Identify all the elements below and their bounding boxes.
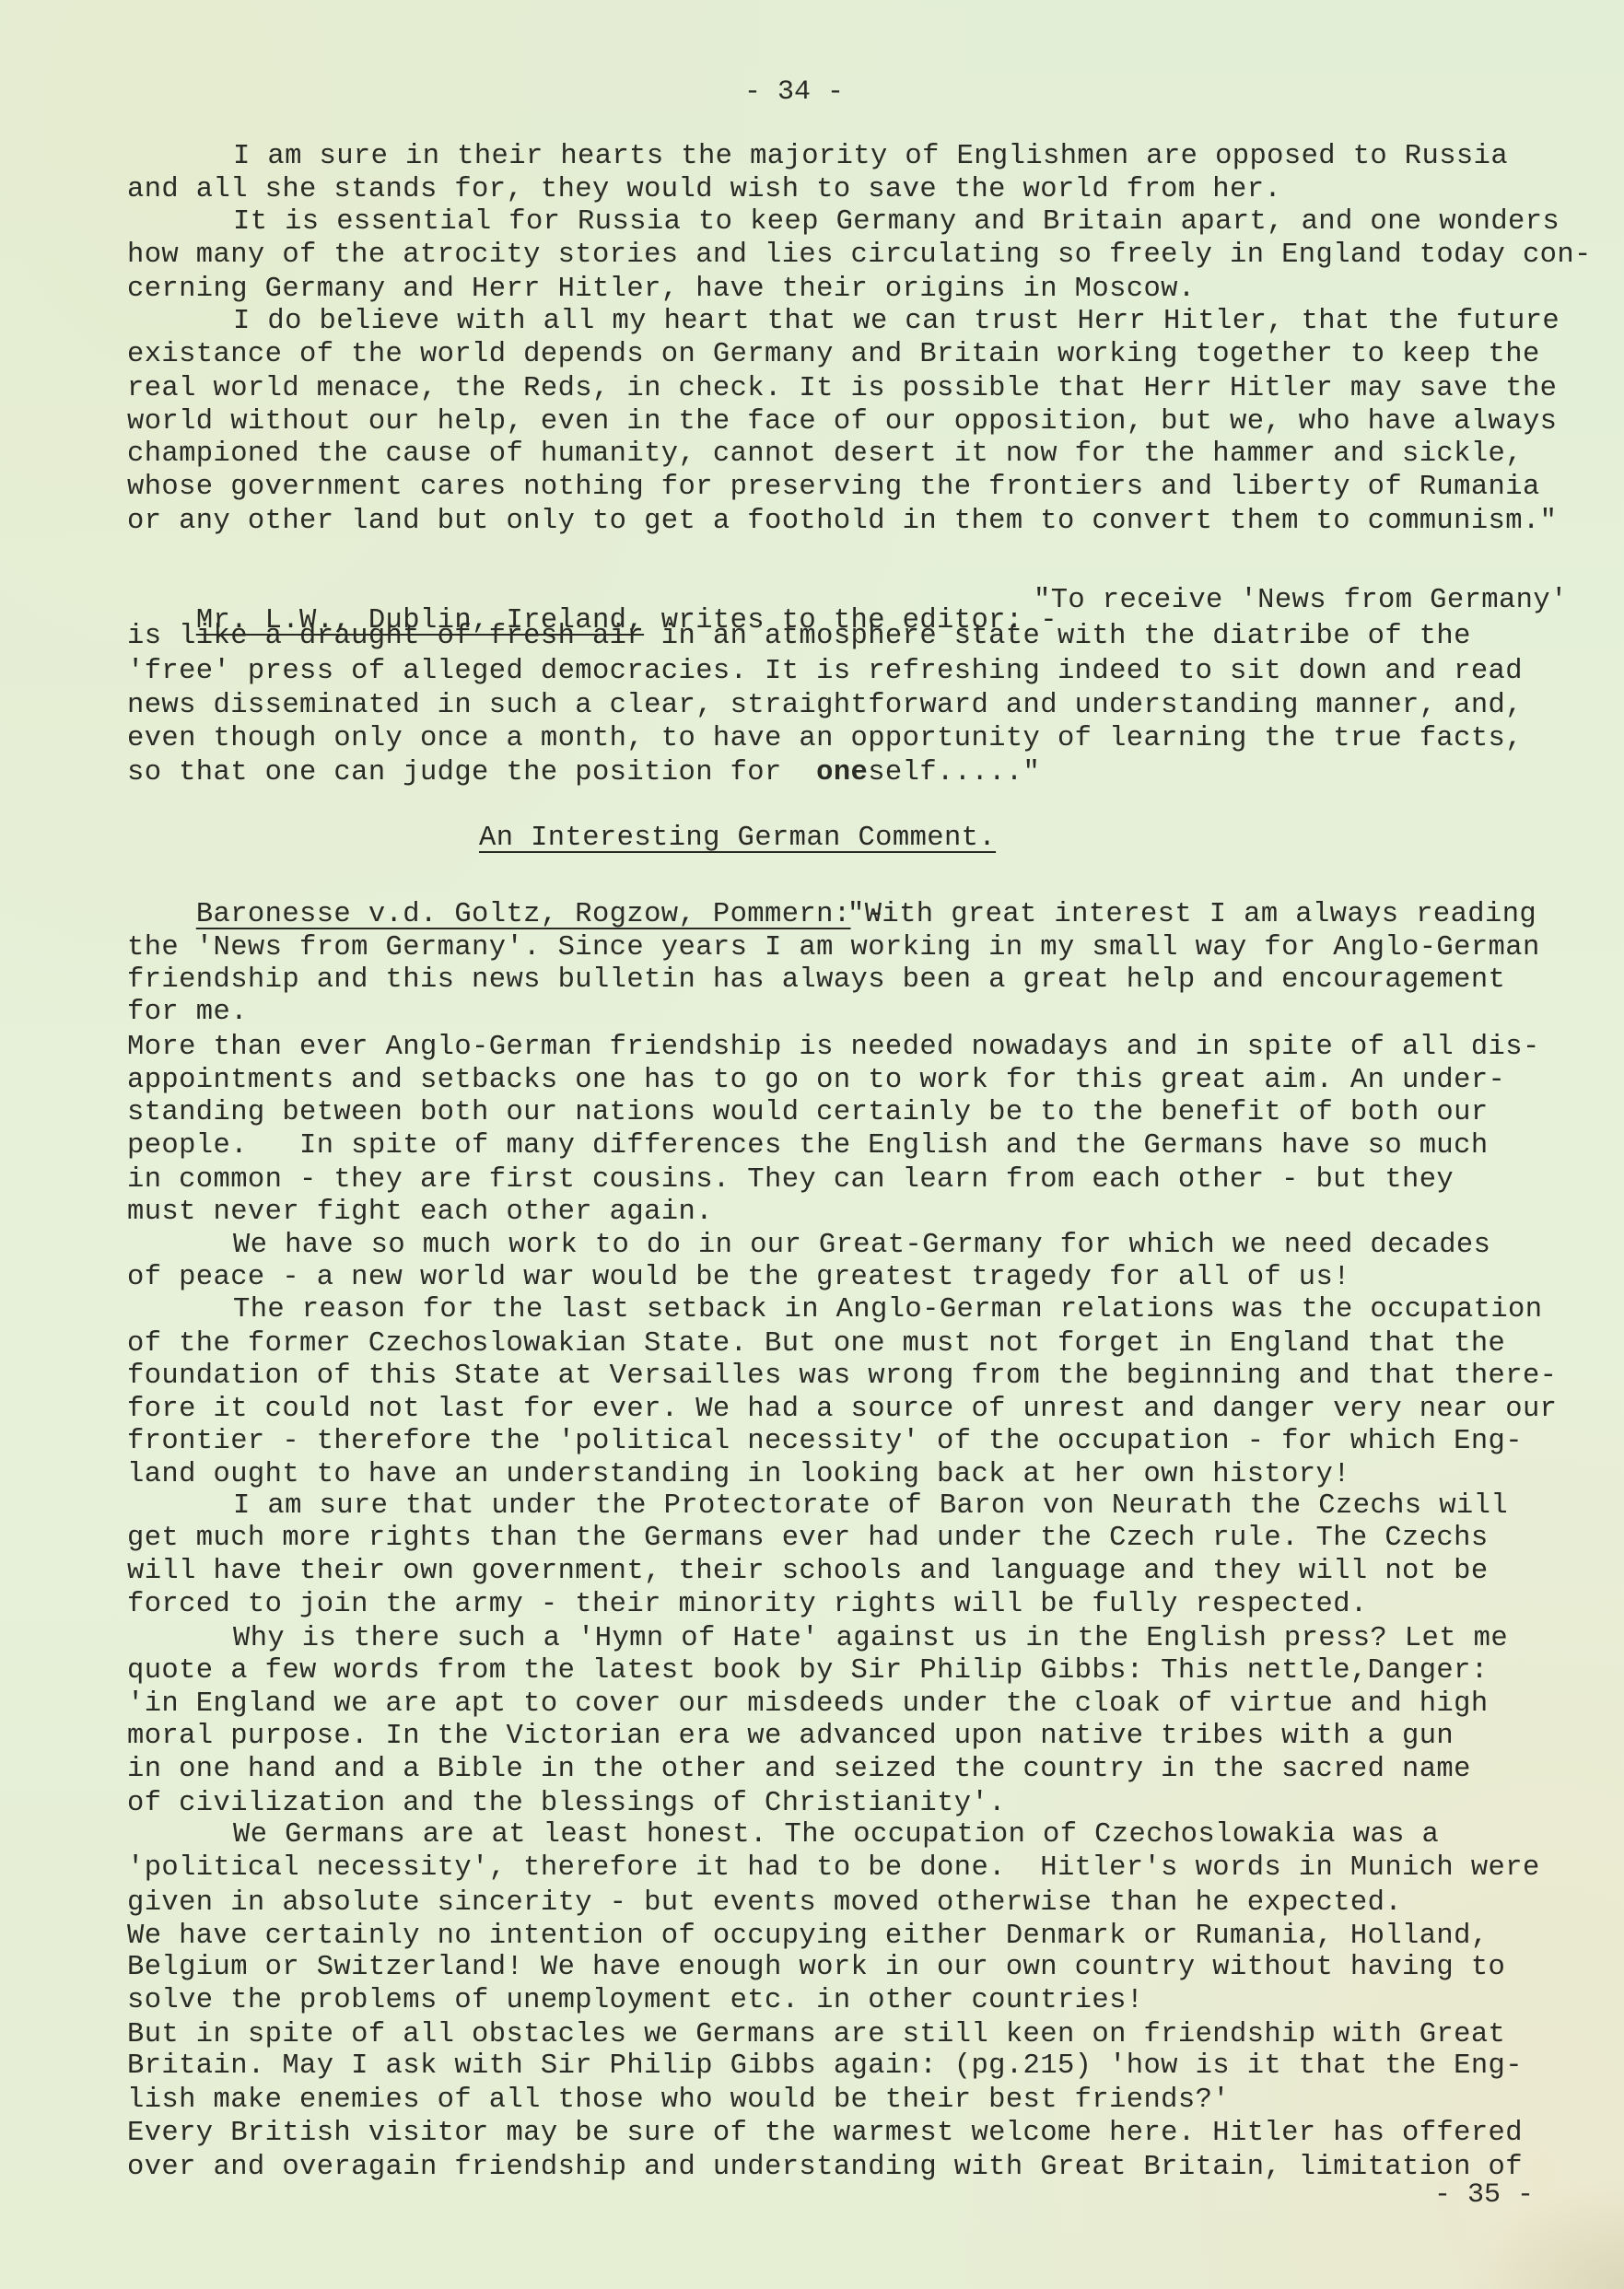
text-line: must never fight each other again. <box>127 1197 713 1228</box>
text-line: But in spite of all obstacles we Germans… <box>127 2019 1505 2050</box>
text-line: We have certainly no intention of occupy… <box>127 1921 1489 1952</box>
text-line: cerning Germany and Herr Hitler, have th… <box>127 274 1196 305</box>
text-line: The reason for the last setback in Anglo… <box>233 1294 1542 1326</box>
page-corner-shadow <box>1458 2178 1624 2289</box>
text-line: forced to join the army - their minority… <box>127 1589 1368 1620</box>
text-line: given in absolute sincerity - but events… <box>127 1887 1402 1919</box>
text-line: Britain. May I ask with Sir Philip Gibbs… <box>127 2050 1523 2082</box>
text-line: will have their own government, their sc… <box>127 1556 1489 1587</box>
text-line: so that one can judge the position for o… <box>127 757 1040 788</box>
text-line: of the former Czechoslowakian State. But… <box>127 1328 1505 1360</box>
header-page-number: - 34 - <box>744 76 844 108</box>
text-line: I do believe with all my heart that we c… <box>233 306 1560 337</box>
text-line: friendship and this news bulletin has al… <box>127 964 1505 996</box>
text-line: lish make enemies of all those who would… <box>127 2085 1230 2116</box>
text-line: of civilization and the blessings of Chr… <box>127 1788 1006 1819</box>
text-line: Why is there such a 'Hymn of Hate' again… <box>233 1623 1508 1654</box>
text-line: standing between both our nations would … <box>127 1097 1489 1128</box>
text-span: so that one can judge the position for <box>127 757 816 788</box>
text-line: moral purpose. In the Victorian era we a… <box>127 1721 1454 1752</box>
text-line: appointments and setbacks one has to go … <box>127 1065 1505 1096</box>
text-span: self....." <box>868 757 1040 788</box>
text-line: real world menace, the Reds, in check. I… <box>127 373 1557 404</box>
text-line: 'in England we are apt to cover our misd… <box>127 1688 1489 1720</box>
text-line: 'political necessity', therefore it had … <box>127 1852 1540 1884</box>
text-line: get much more rights than the Germans ev… <box>127 1523 1489 1554</box>
text-line: whose government cares nothing for prese… <box>127 472 1540 503</box>
quote-first-line: "To receive 'News from Germany' <box>1034 585 1568 616</box>
text-line: of peace - a new world war would be the … <box>127 1262 1350 1293</box>
text-line: land ought to have an understanding in l… <box>127 1459 1350 1490</box>
text-line: how many of the atrocity stories and lie… <box>127 239 1592 271</box>
text-line: world without our help, even in the face… <box>127 406 1557 438</box>
text-line: It is essential for Russia to keep Germa… <box>233 206 1560 238</box>
text-line: frontier - therefore the 'political nece… <box>127 1426 1523 1457</box>
text-line: or any other land but only to get a foot… <box>127 506 1557 537</box>
text-line: I am sure in their hearts the majority o… <box>233 141 1508 172</box>
text-line: solve the problems of unemployment etc. … <box>127 1985 1143 2016</box>
text-line: "With great interest I am always reading <box>847 899 1536 930</box>
text-line: foundation of this State at Versailles w… <box>127 1361 1557 1392</box>
text-line: quote a few words from the latest book b… <box>127 1655 1489 1687</box>
text-line: in one hand and a Bible in the other and… <box>127 1754 1471 1785</box>
text-line: people. In spite of many differences the… <box>127 1130 1489 1162</box>
text-line: I am sure that under the Protectorate of… <box>233 1490 1508 1522</box>
text-line: news disseminated in such a clear, strai… <box>127 690 1523 721</box>
text-line: We have so much work to do in our Great-… <box>233 1230 1490 1261</box>
text-line: existance of the world depends on German… <box>127 339 1540 370</box>
text-line: championed the cause of humanity, cannot… <box>127 438 1523 470</box>
text-line: for me. <box>127 997 248 1028</box>
text-line: Every British visitor may be sure of the… <box>127 2118 1523 2149</box>
text-line: We Germans are at least honest. The occu… <box>233 1819 1439 1851</box>
text-line: the 'News from Germany'. Since years I a… <box>127 932 1540 963</box>
text-line: and all she stands for, they would wish … <box>127 174 1281 205</box>
comment-attribution: Baronesse v.d. Goltz, Rogzow, Pommern: <box>196 899 851 930</box>
text-line: in common - they are first cousins. They… <box>127 1164 1454 1196</box>
text-line: even though only once a month, to have a… <box>127 723 1523 754</box>
section-heading: An Interesting German Comment. <box>479 823 996 854</box>
text-line: fore it could not last for ever. We had … <box>127 1394 1557 1425</box>
bold-text: one <box>816 757 868 788</box>
text-line: over and overagain friendship and unders… <box>127 2152 1523 2183</box>
text-line: More than ever Anglo-German friendship i… <box>127 1032 1540 1063</box>
text-line: 'free' press of alleged democracies. It … <box>127 656 1523 687</box>
text-line: Belgium or Switzerland! We have enough w… <box>127 1952 1505 1983</box>
text-line: is like a draught of fresh air in an atm… <box>127 621 1471 652</box>
